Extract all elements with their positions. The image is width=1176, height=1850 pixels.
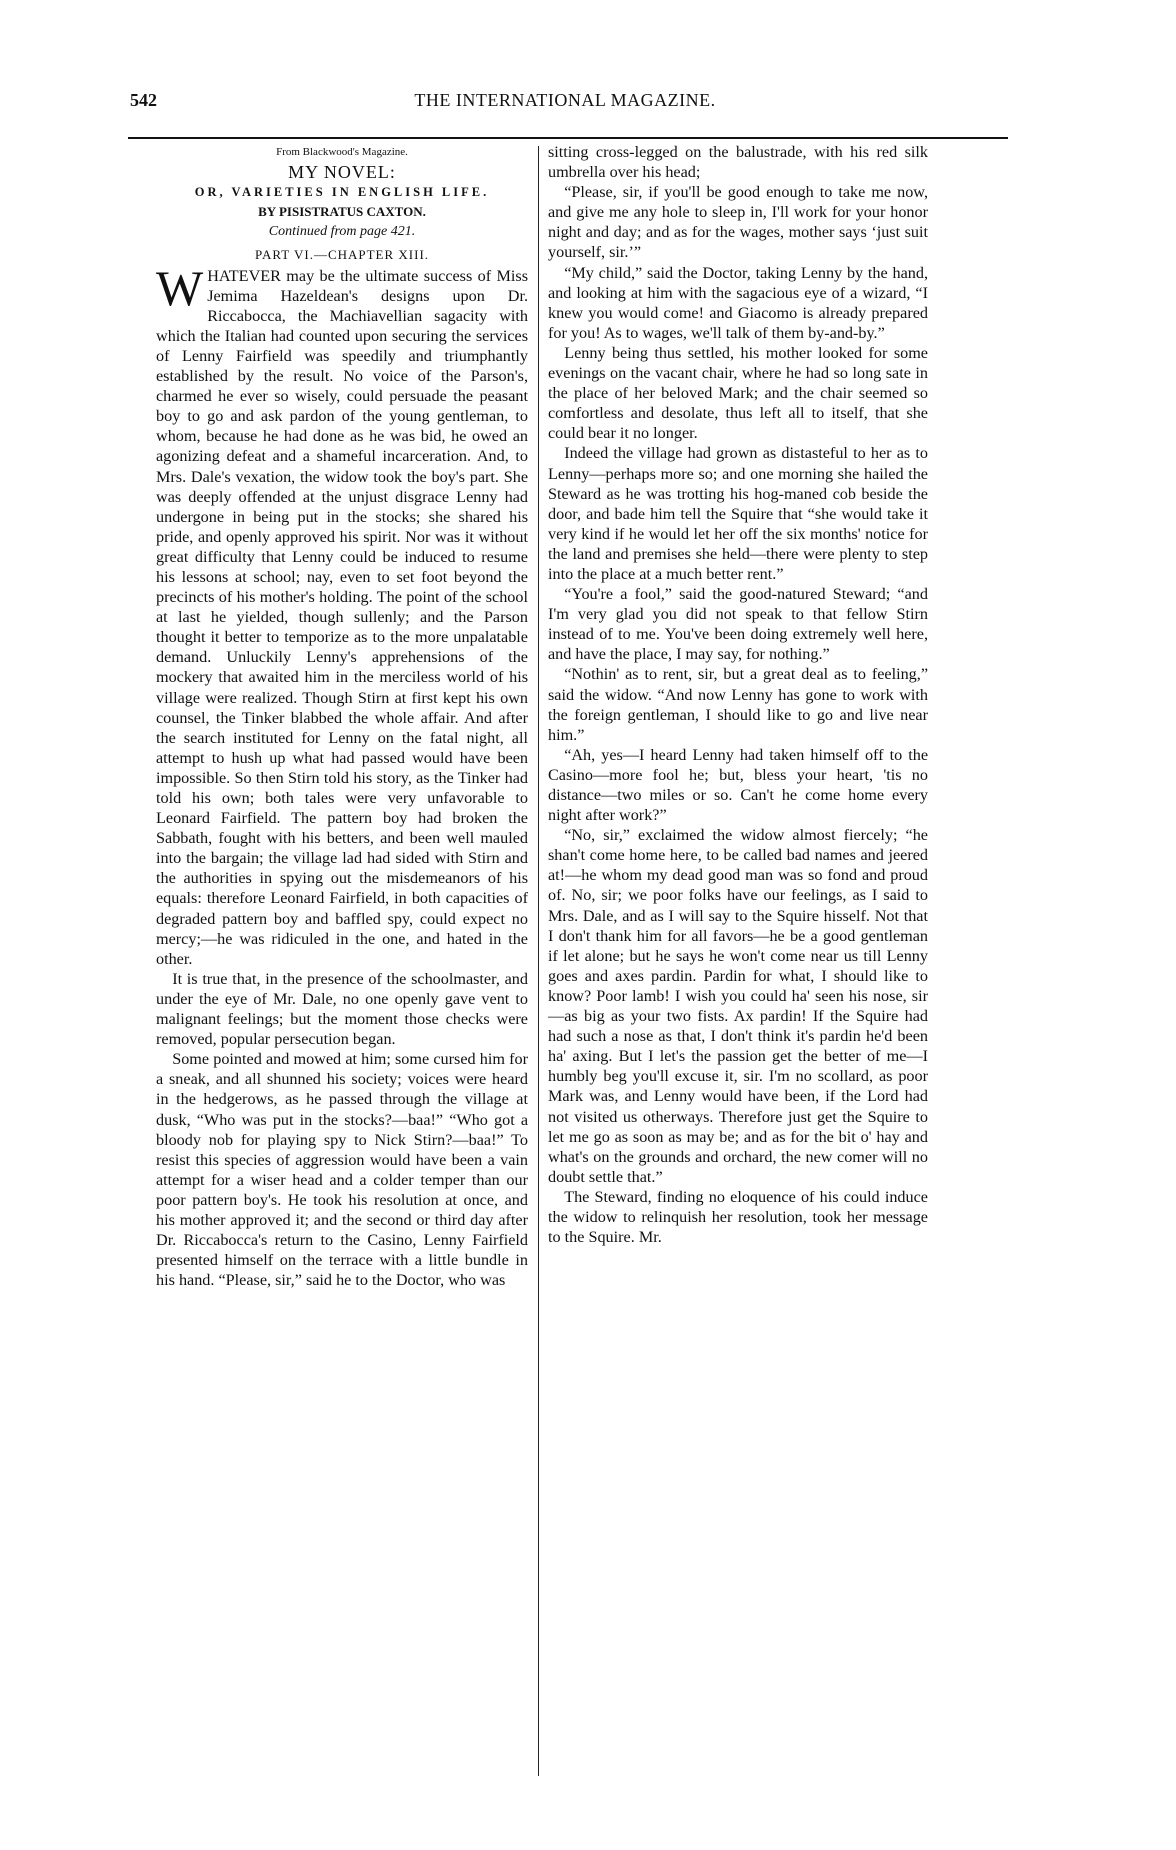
paragraph: Some pointed and mowed at him; some curs… <box>156 1049 528 1290</box>
paragraph: “No, sir,” exclaimed the widow almost fi… <box>548 825 928 1187</box>
article-subtitle: OR, VARIETIES IN ENGLISH LIFE. <box>156 182 528 202</box>
paragraph: The Steward, finding no eloquence of his… <box>548 1187 928 1247</box>
running-header: 542 THE INTERNATIONAL MAGAZINE. <box>130 90 1000 120</box>
byline: BY PISISTRATUS CAXTON. <box>156 202 528 222</box>
paragraph: “Nothin' as to rent, sir, but a great de… <box>548 664 928 744</box>
header-rule <box>128 137 1008 139</box>
source-line: From Blackwood's Magazine. <box>156 142 528 162</box>
left-column: From Blackwood's Magazine. MY NOVEL: OR,… <box>156 142 528 1290</box>
continued-note: Continued from page 421. <box>156 222 528 242</box>
paragraph: sitting cross-legged on the balustrade, … <box>548 142 928 182</box>
paragraph: Indeed the village had grown as distaste… <box>548 443 928 584</box>
paragraph: It is true that, in the presence of the … <box>156 969 528 1049</box>
paragraph: WHATEVER may be the ultimate success of … <box>156 266 528 969</box>
paragraph: Lenny being thus settled, his mother loo… <box>548 343 928 443</box>
right-column: sitting cross-legged on the balustrade, … <box>548 142 928 1247</box>
paragraph: “You're a fool,” said the good-natured S… <box>548 584 928 664</box>
paragraph: “Ah, yes—I heard Lenny had taken himself… <box>548 745 928 825</box>
article-title: MY NOVEL: <box>156 162 528 182</box>
drop-cap: W <box>156 268 203 308</box>
magazine-title: THE INTERNATIONAL MAGAZINE. <box>130 90 1000 111</box>
paragraph: “My child,” said the Doctor, taking Lenn… <box>548 263 928 343</box>
chapter-heading: PART VI.—CHAPTER XIII. <box>156 245 528 265</box>
paragraph: “Please, sir, if you'll be good enough t… <box>548 182 928 262</box>
column-divider <box>538 146 539 1776</box>
